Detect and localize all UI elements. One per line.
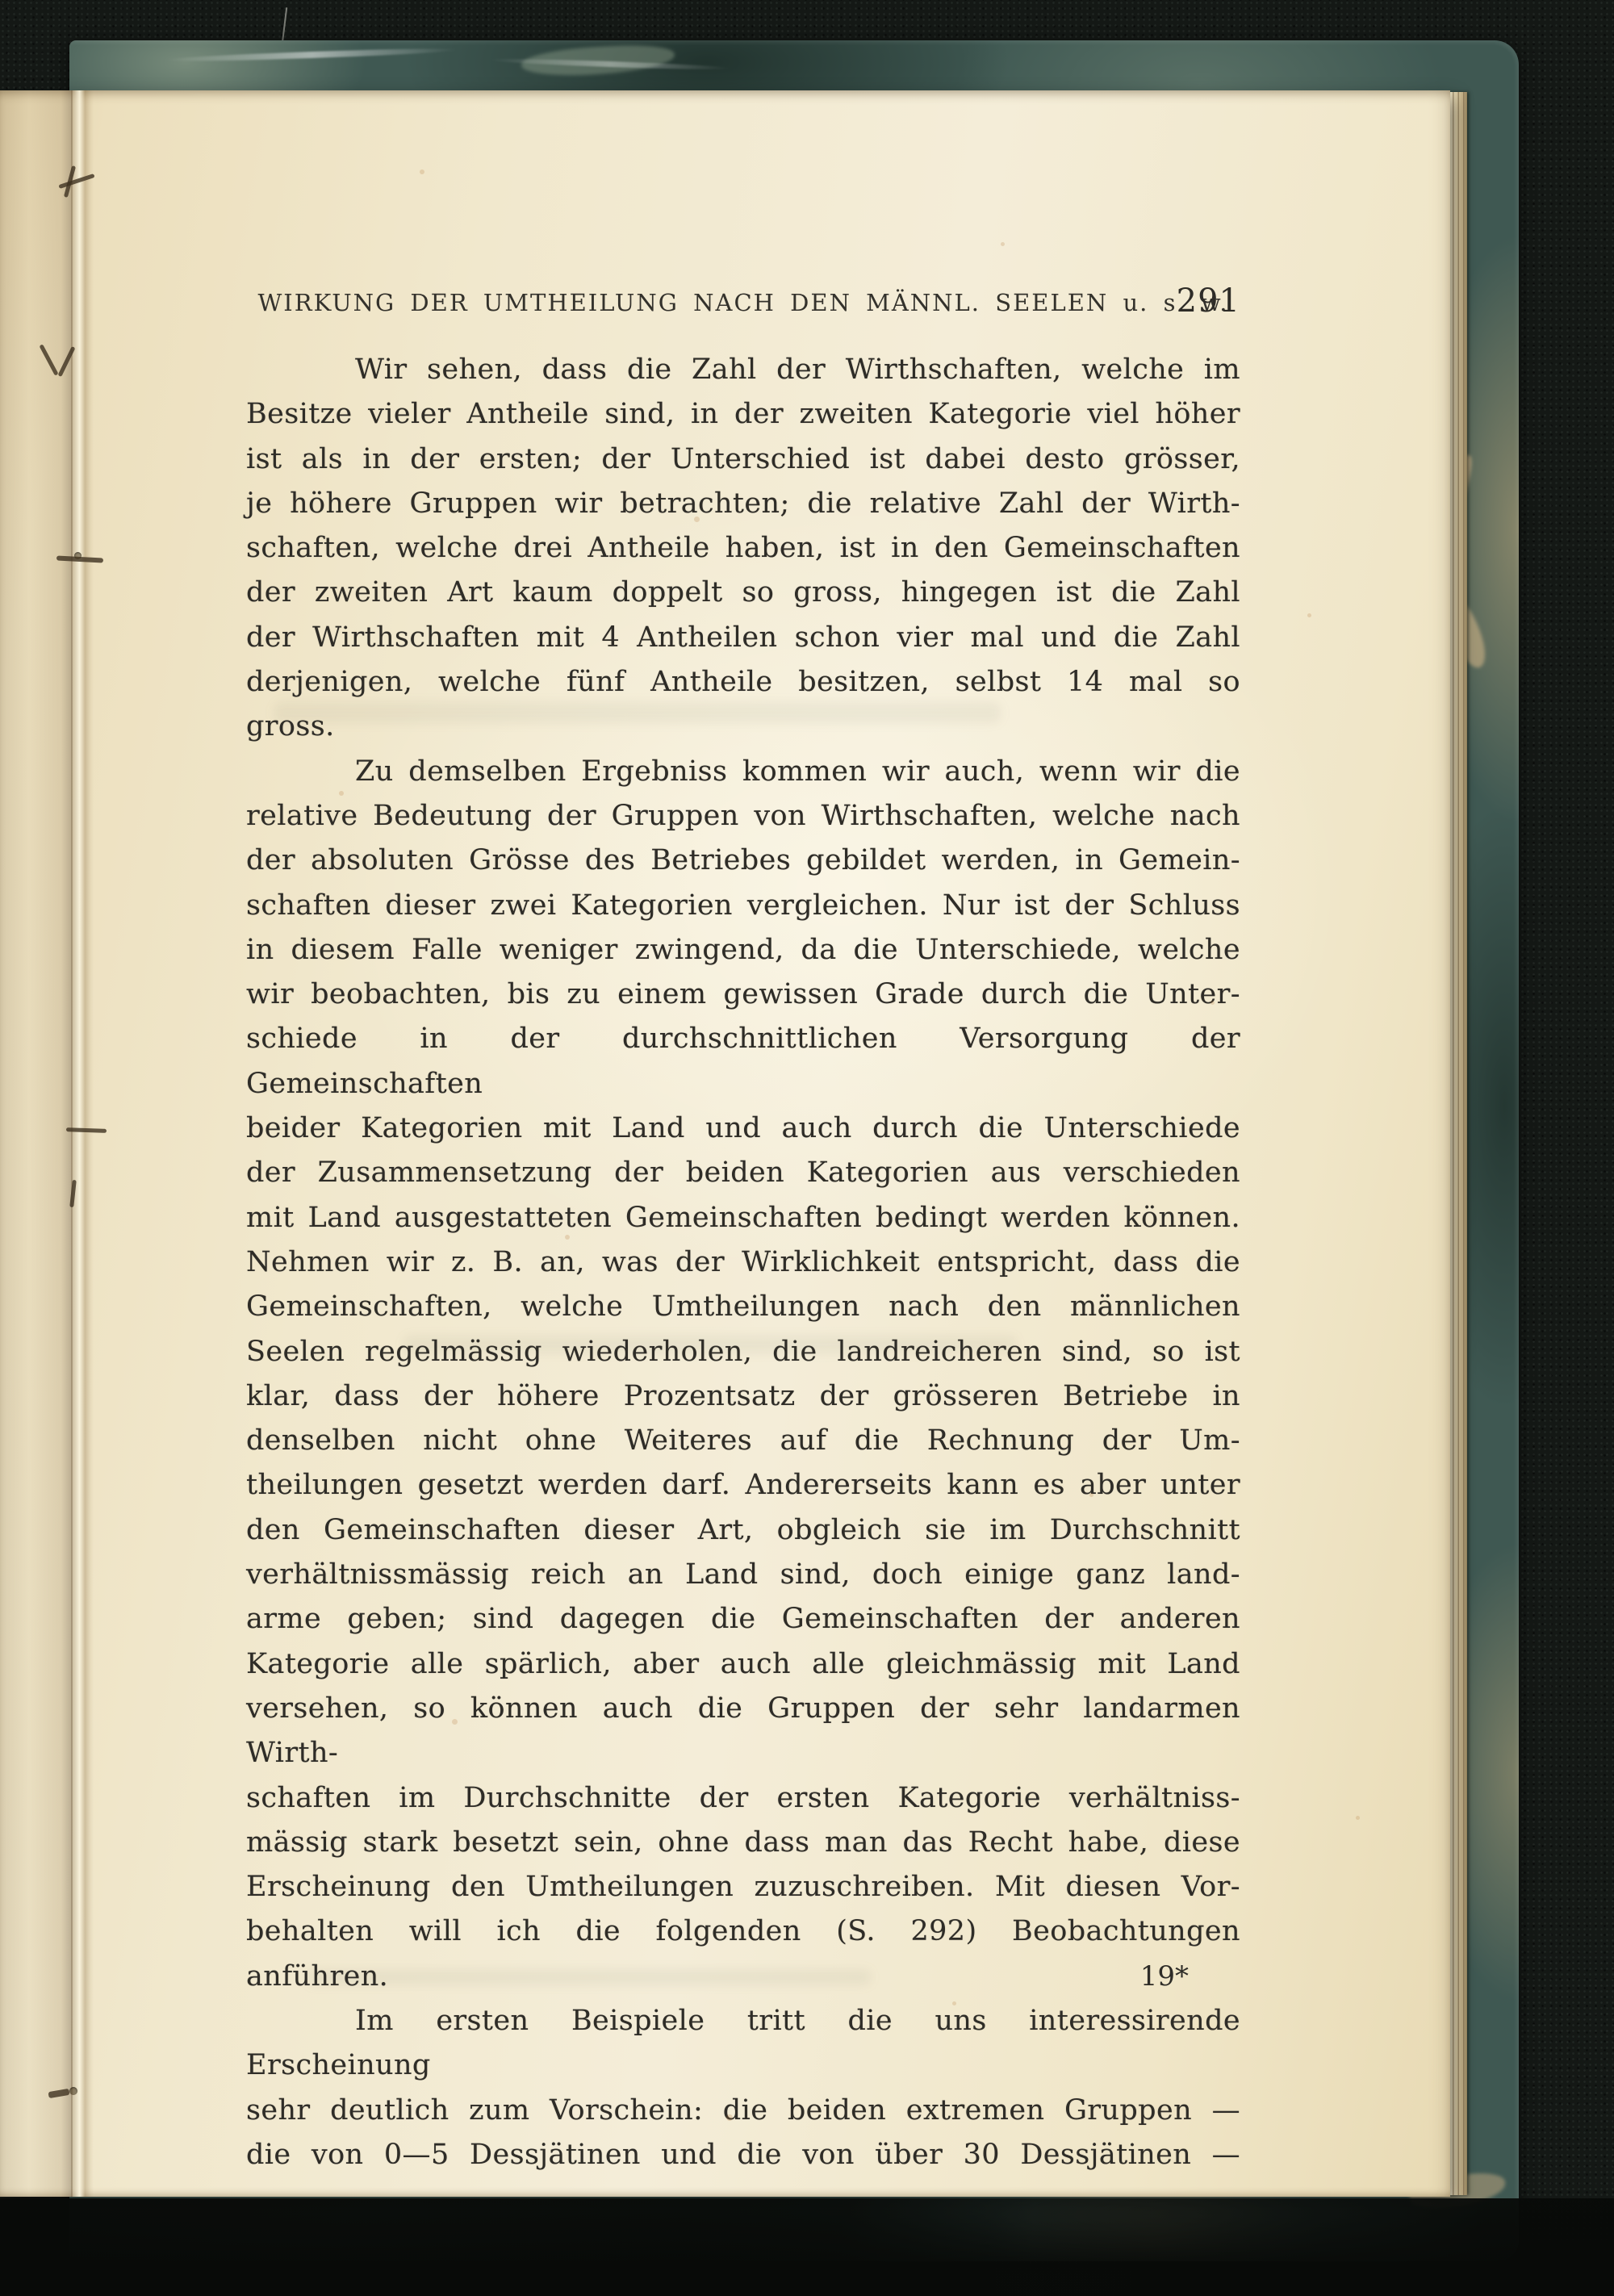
text-line: klar, dass der höhere Prozentsatz der gr… bbox=[246, 1374, 1240, 1419]
text-line: den Gemeinschaften dieser Art, obgleich … bbox=[246, 1508, 1240, 1553]
paragraph: Zu demselben Ergebniss kommen wir auch, … bbox=[246, 750, 1240, 1999]
text-line: der absoluten Grösse des Betriebes gebil… bbox=[246, 839, 1240, 883]
gutter-crease bbox=[71, 90, 94, 2197]
text-line: die von 0—5 Dessjätinen und die von über… bbox=[246, 2133, 1240, 2177]
text-line: mit Land ausgestatteten Gemeinschaften b… bbox=[246, 1196, 1240, 1240]
text-line: Wir sehen, dass die Zahl der Wirthschaft… bbox=[246, 348, 1240, 392]
text-line: Gemeinschaften, welche Umtheilungen nach… bbox=[246, 1285, 1240, 1329]
text-block: Wir sehen, dass die Zahl der Wirthschaft… bbox=[246, 348, 1240, 2177]
gutter-shadow bbox=[0, 90, 73, 2197]
text-line: Besitze vieler Antheile sind, in der zwe… bbox=[246, 392, 1240, 437]
running-header: WIRKUNG DER UMTHEILUNG NACH DEN MÄNNL. S… bbox=[246, 283, 1240, 322]
text-line: der Zusammensetzung der beiden Kategorie… bbox=[246, 1151, 1240, 1195]
text-line: Erscheinung den Umtheilungen zuzuschreib… bbox=[246, 1865, 1240, 1909]
text-line: schaften dieser zwei Kategorien vergleic… bbox=[246, 884, 1240, 928]
stitch-hole bbox=[69, 2087, 77, 2095]
text-line: wir beobachten, bis zu einem gewissen Gr… bbox=[246, 972, 1240, 1017]
paragraph: Wir sehen, dass die Zahl der Wirthschaft… bbox=[246, 348, 1240, 750]
page-number: 291 bbox=[1177, 282, 1240, 320]
foxing-speck bbox=[1089, 1493, 1093, 1497]
text-line: Im ersten Beispiele tritt die uns intere… bbox=[246, 1999, 1240, 2089]
foxing-speck bbox=[726, 2114, 733, 2121]
book-photo: WIRKUNG DER UMTHEILUNG NACH DEN MÄNNL. S… bbox=[0, 0, 1614, 2296]
foxing-speck bbox=[339, 791, 344, 796]
text-line: sehr deutlich zum Vorschein: die beiden … bbox=[246, 2089, 1240, 2133]
paragraph: Im ersten Beispiele tritt die uns intere… bbox=[246, 1999, 1240, 2177]
text-line: denselben nicht ohne Weiteres auf die Re… bbox=[246, 1419, 1240, 1463]
text-line: versehen, so können auch die Gruppen der… bbox=[246, 1687, 1240, 1776]
text-line: schiede in der durchschnittlichen Versor… bbox=[246, 1017, 1240, 1106]
bottom-shadow bbox=[0, 2198, 1614, 2296]
page-edge-stack bbox=[1449, 92, 1467, 2195]
text-line: schaften, welche drei Antheile haben, is… bbox=[246, 526, 1240, 571]
text-line: derjenigen, welche fünf Antheile besitze… bbox=[246, 660, 1240, 750]
foxing-speck bbox=[420, 169, 424, 174]
foxing-speck bbox=[565, 1235, 570, 1240]
foxing-speck bbox=[1356, 1816, 1360, 1820]
foxing-speck bbox=[1307, 613, 1311, 617]
book-page: WIRKUNG DER UMTHEILUNG NACH DEN MÄNNL. S… bbox=[0, 90, 1450, 2197]
text-line: der zweiten Art kaum doppelt so gross, h… bbox=[246, 571, 1240, 615]
text-line: verhältnissmässig reich an Land sind, do… bbox=[246, 1553, 1240, 1597]
foxing-speck bbox=[952, 2001, 956, 2005]
text-line: relative Bedeutung der Gruppen von Wirth… bbox=[246, 794, 1240, 839]
text-line: der Wirthschaften mit 4 Antheilen schon … bbox=[246, 616, 1240, 660]
cover-gloss-highlight bbox=[166, 47, 457, 64]
page-header: WIRKUNG DER UMTHEILUNG NACH DEN MÄNNL. S… bbox=[246, 283, 1240, 322]
text-line: Kategorie alle spärlich, aber auch alle … bbox=[246, 1642, 1240, 1687]
text-line: Zu demselben Ergebniss kommen wir auch, … bbox=[246, 750, 1240, 794]
foxing-speck bbox=[1001, 242, 1005, 246]
text-line: in diesem Falle weniger zwingend, da die… bbox=[246, 928, 1240, 972]
text-line: arme geben; sind dagegen die Gemeinschaf… bbox=[246, 1597, 1240, 1641]
text-line: beider Kategorien mit Land und auch durc… bbox=[246, 1106, 1240, 1151]
foxing-speck bbox=[452, 1719, 458, 1725]
signature-mark: 19* bbox=[246, 1956, 1240, 1997]
text-line: Seelen regelmässig wiederholen, die land… bbox=[246, 1330, 1240, 1374]
foxing-speck bbox=[1210, 1001, 1215, 1005]
text-line: schaften im Durchschnitte der ersten Kat… bbox=[246, 1776, 1240, 1821]
foxing-speck bbox=[694, 516, 700, 522]
text-line: ist als in der ersten; der Unterschied i… bbox=[246, 437, 1240, 482]
text-line: theilungen gesetzt werden darf. Anderers… bbox=[246, 1463, 1240, 1508]
stitch-hole bbox=[74, 552, 82, 559]
text-line: Nehmen wir z. B. an, was der Wirklichkei… bbox=[246, 1240, 1240, 1285]
text-line: je höhere Gruppen wir betrachten; die re… bbox=[246, 482, 1240, 526]
text-line: mässig stark besetzt sein, ohne dass man… bbox=[246, 1821, 1240, 1865]
